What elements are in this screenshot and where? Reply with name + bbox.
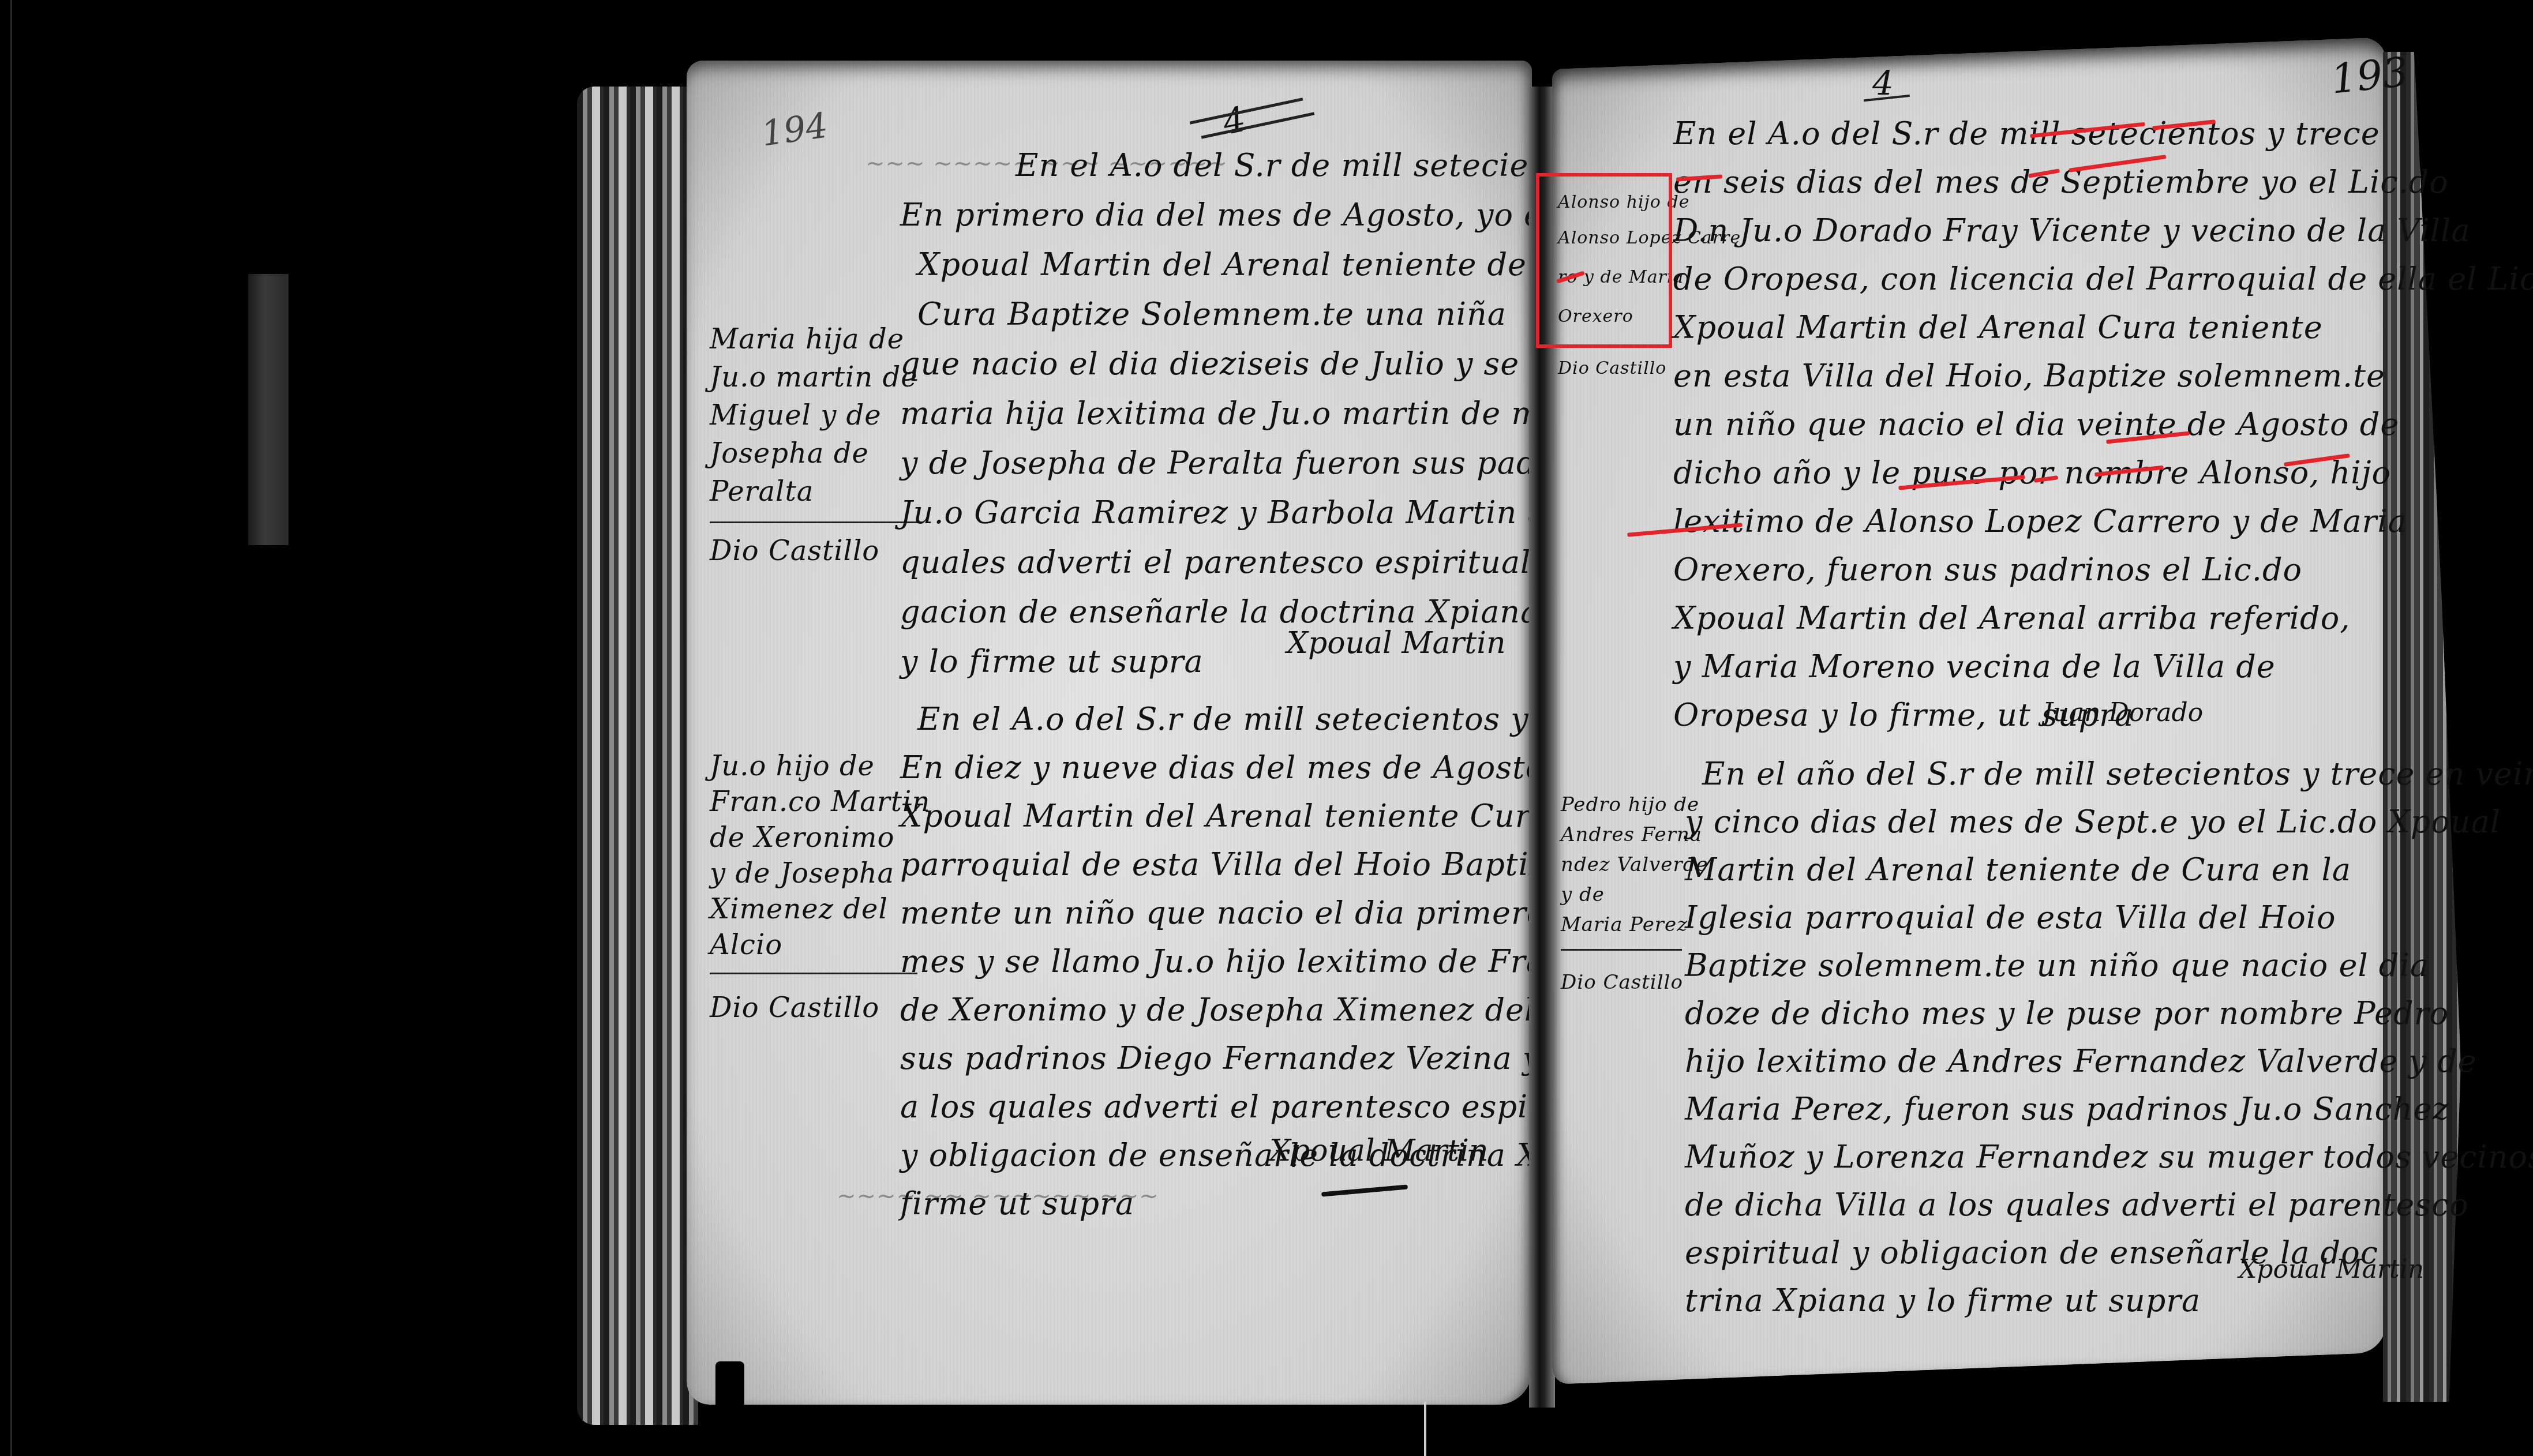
entry-line: Iglesia parroquial de esta Villa del Hoi…	[1685, 899, 2377, 947]
entry-line: En primero dia del mes de Agosto, yo el …	[900, 197, 1523, 246]
margin-line: Dio Castillo	[710, 535, 917, 573]
entry-line: D.n Ju.o Dorado Fray Vicente y vecino de…	[1673, 212, 2377, 261]
entry-line: de Oropesa, con licencia del Parroquial …	[1673, 261, 2377, 309]
entry-line: Orexero, fueron sus padrinos el Lic.do	[1673, 551, 2377, 600]
left-entry-1-signature: Xpoual Martin	[1287, 626, 1505, 661]
left-entry-2-margin-note: Ju.o hijo de Fran.co Martin de Xeronimo …	[710, 750, 917, 1027]
annotation-highlight-box	[1536, 173, 1672, 348]
entry-line: Muñoz y Lorenza Fernandez su muger todos…	[1685, 1139, 2377, 1187]
entry-line: En el A.o del S.r de mill setecientos y …	[900, 701, 1523, 749]
entry-line: trina Xpiana y lo firme ut supra	[1685, 1282, 2377, 1330]
right-entry-2-signature: Xpoual Martin	[2239, 1255, 2424, 1284]
margin-line: Alcio	[710, 929, 917, 974]
entry-line: y de Josepha de Peralta fueron sus padri…	[900, 445, 1523, 494]
entry-line: un niño que nacio el dia veinte de Agost…	[1673, 406, 2377, 455]
margin-line: Ximenez del	[710, 893, 917, 929]
margin-line: Maria hija de	[710, 323, 917, 361]
entry-line: que nacio el dia dieziseis de Julio y se…	[900, 346, 1523, 395]
scan-artifact-line	[1424, 1402, 1426, 1456]
entry-line: firme ut supra	[900, 1185, 1523, 1234]
left-page-stack	[577, 87, 698, 1425]
entry-line: y cinco dias del mes de Sept.e yo el Lic…	[1685, 804, 2377, 851]
entry-line: Xpoual Martin del Arenal teniente Cura e…	[900, 798, 1523, 846]
margin-line: Dio Castillo	[710, 992, 917, 1027]
margin-line: Andres Ferna	[1561, 823, 1682, 853]
entry-line: Xpoual Martin del Arenal Cura teniente	[1673, 309, 2377, 358]
entry-line: en esta Villa del Hoio, Baptize solemnem…	[1673, 358, 2377, 406]
margin-line: Ju.o martin de	[710, 361, 917, 399]
margin-line: y de	[1561, 883, 1682, 913]
margin-line: y de Josepha	[710, 857, 917, 893]
margin-line: Dio Castillo	[1561, 971, 1682, 1001]
entry-line: de Xeronimo y de Josepha Ximenez del Alc…	[900, 992, 1523, 1040]
right-entry-2-body: En el año del S.r de mill setecientos y …	[1685, 756, 2377, 1330]
entry-line: Xpoual Martin del Arenal teniente de	[900, 246, 1523, 296]
entry-line: Baptize solemnem.te un niño que nacio el…	[1685, 947, 2377, 995]
entry-line: En el A.o del S.r de mill setecientos y …	[1673, 115, 2377, 164]
margin-line: Pedro hijo de	[1561, 793, 1682, 823]
entry-line: Maria Perez, fueron sus padrinos Ju.o Sa…	[1685, 1091, 2377, 1139]
entry-line: En el año del S.r de mill setecientos y …	[1685, 756, 2377, 804]
scan-edge-line	[10, 0, 12, 1456]
margin-line: Ju.o hijo de	[710, 750, 917, 786]
margin-line: ndez Valverde	[1561, 853, 1682, 883]
entry-line: sus padrinos Diego Fernandez Vezina y su…	[900, 1040, 1523, 1089]
entry-line: mente un niño que nacio el dia primero d…	[900, 895, 1523, 943]
margin-line: Peralta	[710, 475, 917, 523]
entry-line: maria hija lexitima de Ju.o martin de mi…	[900, 395, 1523, 445]
entry-line: Cura Baptize Solemnem.te una niña	[900, 296, 1523, 346]
entry-line: Xpoual Martin del Arenal arriba referido…	[1673, 600, 2377, 648]
entry-line: hijo lexitimo de Andres Fernandez Valver…	[1685, 1043, 2377, 1091]
entry-line: dicho año y le puse por nombre Alonso, h…	[1673, 455, 2377, 503]
entry-line: En diez y nueve dias del mes de Agosto, …	[900, 749, 1523, 798]
margin-line: Fran.co Martin	[710, 786, 917, 821]
right-entry-1-body: En el A.o del S.r de mill setecientos y …	[1673, 115, 2377, 745]
margin-line: Maria Perez	[1561, 913, 1682, 951]
entry-line: Oropesa y lo firme, ut supra	[1673, 697, 2377, 745]
margin-line: de Xeronimo	[710, 821, 917, 857]
entry-line: En el A.o del S.r de mill setecientos y …	[900, 147, 1523, 197]
left-entry-1-margin-note: Maria hija de Ju.o martin de Miguel y de…	[710, 323, 917, 573]
entry-line: lexitimo de Alonso Lopez Carrero y de Ma…	[1673, 503, 2377, 551]
page-notch	[715, 1361, 744, 1431]
right-entry-2-margin-note: Pedro hijo de Andres Ferna ndez Valverde…	[1561, 793, 1682, 1001]
entry-line: parroquial de esta Villa del Hoio Baptiz…	[900, 846, 1523, 895]
entry-line: de dicha Villa a los quales adverti el p…	[1685, 1187, 2377, 1234]
entry-line: quales adverti el parentesco espiritual …	[900, 544, 1523, 594]
entry-line: y Maria Moreno vecina de la Villa de	[1673, 648, 2377, 697]
entry-line: en seis dias del mes de Septiembre yo el…	[1673, 164, 2377, 212]
entry-line: a los quales adverti el parentesco espir…	[900, 1089, 1523, 1137]
left-entry-2-signature: Xpoual Martin	[1269, 1134, 1488, 1168]
scan-artifact-strip	[248, 274, 288, 545]
entry-line: Martin del Arenal teniente de Cura en la	[1685, 851, 2377, 899]
margin-line: Josepha de	[710, 437, 917, 475]
margin-line: Miguel y de	[710, 399, 917, 437]
right-entry-1-signature: Juan Dorado	[2043, 698, 2203, 727]
entry-line: Ju.o Garcia Ramirez y Barbola Martin a l…	[900, 494, 1523, 544]
entry-line: mes y se llamo Ju.o hijo lexitimo de Fra…	[900, 943, 1523, 992]
entry-line: doze de dicho mes y le puse por nombre P…	[1685, 995, 2377, 1043]
folio-number: 193	[2329, 48, 2410, 103]
margin-line: Dio Castillo	[1558, 358, 1670, 393]
left-entry-1-body: En el A.o del S.r de mill setecientos y …	[900, 147, 1523, 693]
